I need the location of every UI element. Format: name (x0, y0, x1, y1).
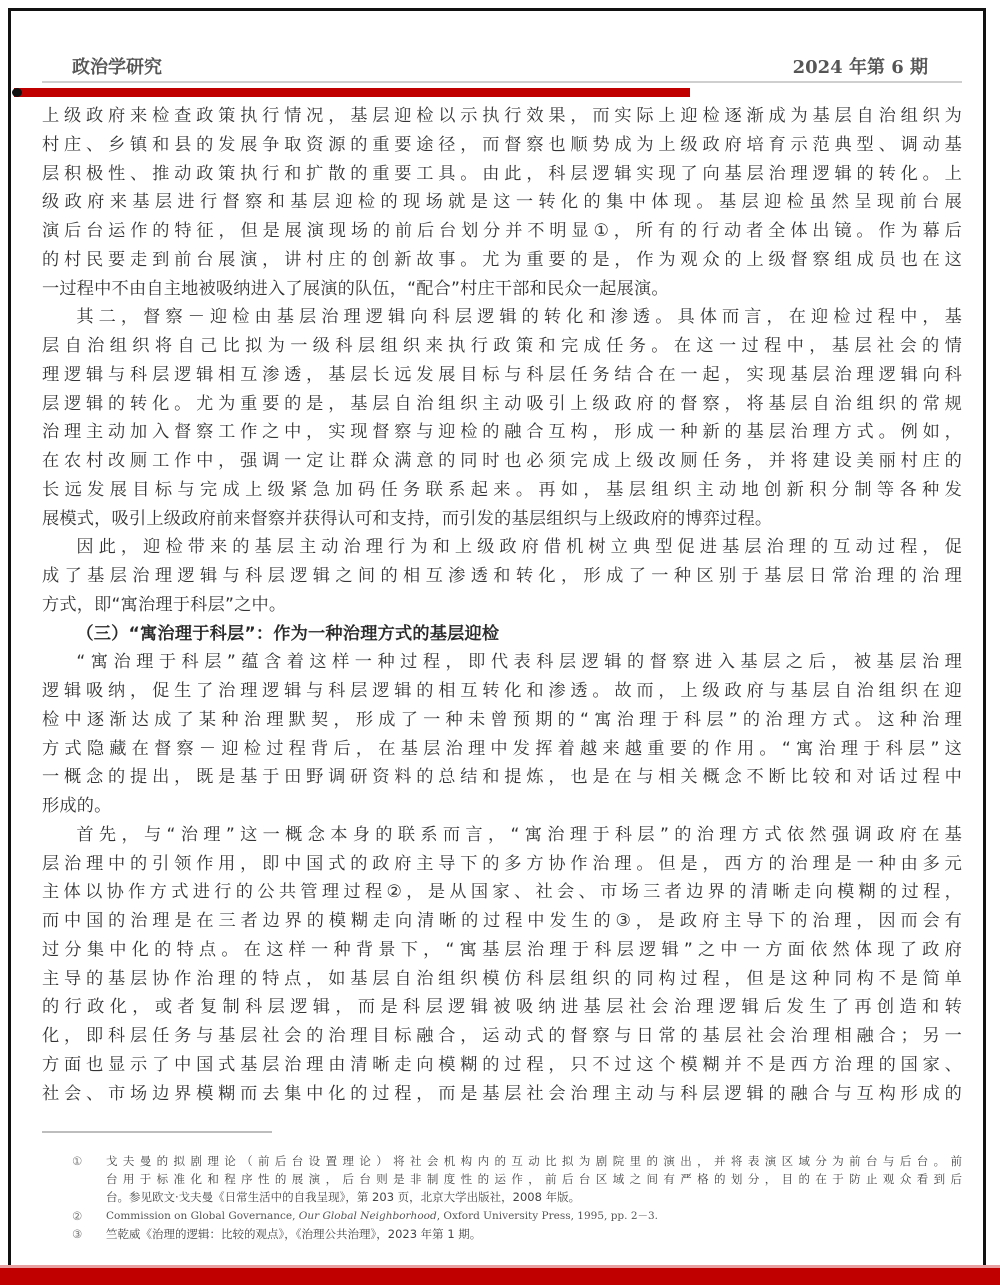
body-line: 成了基层治理逻辑与科层逻辑之间的相互渗透和转化，形成了一种区别于基层日常治理的治… (42, 562, 962, 591)
body-line: 展模式，吸引上级政府前来督察并获得认可和支持，而引发的基层组织与上级政府的博弈过… (42, 505, 962, 534)
footnote-marker: ① (72, 1152, 106, 1207)
footnote-2: ② Commission on Global Governance, Our G… (72, 1207, 962, 1225)
body-line: 层积极性、推动政策执行和扩散的重要工具。由此，科层逻辑实现了向基层治理逻辑的转化… (42, 160, 962, 189)
body-line: 演后台运作的特征，但是展演现场的前后台划分并不明显①，所有的行动者全体出镜。作为… (42, 217, 962, 246)
body-line: 主体以协作方式进行的公共管理过程②，是从国家、社会、市场三者边界的清晰走向模糊的… (42, 878, 962, 907)
body-line: 层自治组织将自己比拟为一级科层组织来执行政策和完成任务。在这一过程中，基层社会的… (42, 332, 962, 361)
paragraph-start: 首先，与“治理”这一概念本身的联系而言，“寓治理于科层”的治理方式依然强调政府在… (42, 821, 962, 850)
red-progress-bar (14, 88, 690, 97)
body-line: 方面也显示了中国式基层治理由清晰走向模糊的过程，只不过这个模糊并不是西方治理的国… (42, 1051, 962, 1080)
body-line: 层逻辑的转化。尤为重要的是，基层自治组织主动吸引上级政府的督察，将基层自治组织的… (42, 390, 962, 419)
body-line: 检中逐渐达成了某种治理默契，形成了一种未曾预期的“寓治理于科层”的治理方式。这种… (42, 706, 962, 735)
footnote-line: 竺乾威《治理的逻辑：比较的观点》，《治理公共治理》，2023 年第 1 期。 (106, 1225, 962, 1243)
journal-title: 政治学研究 (72, 53, 162, 79)
body-line: 主导的基层协作治理的特点，如基层自治组织模仿科层组织的同构过程，但是这种同构不是… (42, 965, 962, 994)
body-line: 方式隐藏在督察－迎检过程背后，在基层治理中发挥着越来越重要的作用。“寓治理于科层… (42, 735, 962, 764)
body-line: 治理主动加入督察工作之中，实现督察与迎检的融合互构，形成一种新的基层治理方式。例… (42, 418, 962, 447)
section-heading: （三）“寓治理于科层”：作为一种治理方式的基层迎检 (42, 620, 962, 649)
citation-publisher: , Oxford University Press, 1995, pp. 2－3… (437, 1210, 658, 1222)
header-rule (42, 81, 962, 83)
paragraph-start: 其二，督察－迎检由基层治理逻辑向科层逻辑的转化和渗透。具体而言，在迎检过程中，基 (42, 303, 962, 332)
body-line: 级政府来基层进行督察和基层迎检的现场就是这一转化的集中体现。基层迎检虽然呈现前台… (42, 188, 962, 217)
body-line: 层治理中的引领作用，即中国式的政府主导下的多方协作治理。但是，西方的治理是一种由… (42, 850, 962, 879)
body-line: 长远发展目标与完成上级紧急加码任务联系起来。再如，基层组织主动地创新积分制等各种… (42, 476, 962, 505)
footnotes: ① 戈夫曼的拟剧理论（前后台设置理论）将社会机构内的互动比拟为剧院里的演出，并将… (72, 1152, 962, 1243)
footnote-marker: ③ (72, 1225, 106, 1243)
body-line: 一过程中不由自主地被吸纳进入了展演的队伍，“配合”村庄干部和民众一起展演。 (42, 275, 962, 304)
body-line: 而中国的治理是在三者边界的模糊走向清晰的过程中发生的③，是政府主导下的治理，因而… (42, 907, 962, 936)
footnote-3: ③ 竺乾威《治理的逻辑：比较的观点》，《治理公共治理》，2023 年第 1 期。 (72, 1225, 962, 1243)
body-line: 的行政化，或者复制科层逻辑，而是科层逻辑被吸纳进基层社会治理逻辑后发生了再创造和… (42, 993, 962, 1022)
body-line: 过分集中化的特点。在这样一种背景下，“寓基层治理于科层逻辑”之中一方面依然体现了… (42, 936, 962, 965)
footnote-separator (42, 1131, 272, 1133)
footnote-line: 台。参见欧文·戈夫曼《日常生活中的自我呈现》，第 203 页，北京大学出版社，2… (106, 1188, 962, 1206)
paragraph-start: 因此，迎检带来的基层主动治理行为和上级政府借机树立典型促进基层治理的互动过程，促 (42, 533, 962, 562)
article-body: 上级政府来检查政策执行情况，基层迎检以示执行效果，而实际上迎检逐渐成为基层自治组… (42, 102, 962, 1108)
body-line: 的村民要走到前台展演，讲村庄的创新故事。尤为重要的是，作为观众的上级督察组成员也… (42, 246, 962, 275)
issue-label: 2024 年第 6 期 (793, 53, 928, 79)
body-line: 理逻辑与科层逻辑相互渗透，基层长远发展目标与科层任务结合在一起，实现基层治理逻辑… (42, 361, 962, 390)
body-line: 形成的。 (42, 792, 962, 821)
body-line: 社会、市场边界模糊而去集中化的过程，而是基层社会治理主动与科层逻辑的融合与互构形… (42, 1080, 962, 1109)
citation-title: Our Global Neighborhood (299, 1210, 437, 1222)
bottom-red-bar (0, 1268, 1000, 1285)
body-line: 方式，即“寓治理于科层”之中。 (42, 591, 962, 620)
body-line: 上级政府来检查政策执行情况，基层迎检以示执行效果，而实际上迎检逐渐成为基层自治组… (42, 102, 962, 131)
footnote-1: ① 戈夫曼的拟剧理论（前后台设置理论）将社会机构内的互动比拟为剧院里的演出，并将… (72, 1152, 962, 1207)
running-header: 政治学研究 2024 年第 6 期 (72, 52, 928, 80)
paragraph-start: “寓治理于科层”蕴含着这样一种过程，即代表科层逻辑的督察进入基层之后，被基层治理 (42, 648, 962, 677)
body-line: 在农村改厕工作中，强调一定让群众满意的同时也必须完成上级改厕任务，并将建设美丽村… (42, 447, 962, 476)
body-line: 逻辑吸纳，促生了治理逻辑与科层逻辑的相互转化和渗透。故而，上级政府与基层自治组织… (42, 677, 962, 706)
footnote-line: 台用于标准化和程序性的展演，后台则是非制度性的运作，前后台区域之间有严格的划分，… (106, 1170, 962, 1188)
body-line: 化，即科层任务与基层社会的治理目标融合，运动式的督察与日常的基层社会治理相融合；… (42, 1022, 962, 1051)
body-line: 一概念的提出，既是基于田野调研资料的总结和提炼，也是在与相关概念不断比较和对话过… (42, 763, 962, 792)
footnote-line: 戈夫曼的拟剧理论（前后台设置理论）将社会机构内的互动比拟为剧院里的演出，并将表演… (106, 1152, 962, 1170)
footnote-marker: ② (72, 1207, 106, 1225)
bar-handle-dot (12, 88, 22, 97)
body-line: 村庄、乡镇和县的发展争取资源的重要途径，而督察也顺势成为上级政府培育示范典型、调… (42, 131, 962, 160)
citation-author: Commission on Global Governance, (106, 1210, 299, 1222)
